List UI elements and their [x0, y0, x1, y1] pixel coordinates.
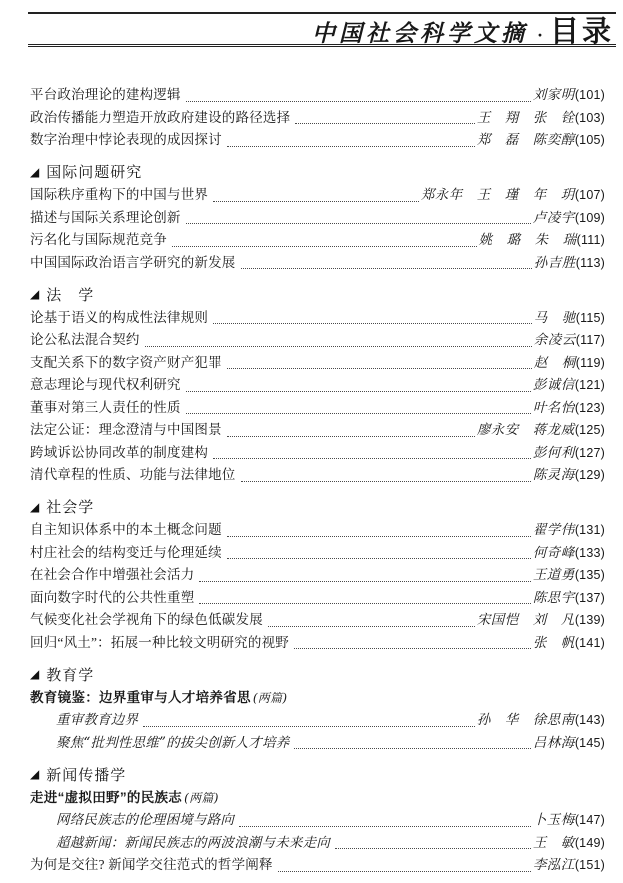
entry-authors: 何奇峰: [533, 541, 575, 561]
section-title: 教育学: [46, 664, 94, 685]
entry-authors: 宋国恺 刘 凡: [477, 608, 575, 628]
dotted-leader: [186, 413, 531, 414]
dotted-leader: [227, 536, 531, 537]
entry-page-number: (129): [575, 468, 605, 482]
entry-authors: 吕林海: [533, 731, 575, 751]
toc-entry: 为何是交往? 新闻学交往范式的哲学阐释李泓江(151): [30, 853, 605, 876]
toc-entry: 支配关系下的数字资产财产犯罪赵 桐(119): [30, 351, 605, 374]
entry-page-number: (123): [575, 401, 605, 415]
entry-page-number: (113): [576, 256, 605, 270]
entry-page-number: (149): [575, 836, 605, 850]
dotted-leader: [239, 826, 531, 827]
dotted-leader: [268, 626, 475, 627]
entry-authors: 王道勇: [533, 563, 575, 583]
entry-authors: 廖永安 蒋龙威: [477, 418, 575, 438]
entry-page-number: (127): [575, 446, 605, 460]
entry-title: 为何是交往? 新闻学交往范式的哲学阐释: [30, 853, 273, 873]
dotted-leader: [294, 748, 530, 749]
toc-entry: 村庄社会的结构变迁与伦理延续何奇峰(133): [30, 541, 605, 564]
entry-title: 村庄社会的结构变迁与伦理延续: [30, 541, 222, 561]
toc-title: 目录: [550, 18, 614, 47]
triangle-marker-icon: ◢: [30, 166, 39, 178]
triangle-marker-icon: ◢: [30, 288, 39, 300]
toc-entry: 回归“风土”：拓展一种比较文明研究的视野张 帆(141): [30, 631, 605, 654]
section-header: ◢新闻传播学: [30, 763, 605, 786]
toc-section: ◢教育学教育镜鉴：边界重审与人才培养省思(两篇)重审教育边界孙 华 徐思南(14…: [30, 663, 605, 753]
entry-page-number: (121): [575, 378, 605, 392]
dotted-leader: [227, 436, 475, 437]
entry-page-number: (139): [575, 613, 605, 627]
entry-page-number: (103): [575, 111, 605, 125]
entry-authors: 王 敏: [533, 831, 575, 851]
entry-page-number: (137): [575, 591, 605, 605]
entry-page-number: (107): [575, 188, 605, 202]
toc-entry: 网络民族志的伦理困境与路向卜玉梅(147): [30, 808, 605, 831]
entry-authors: 彭何利: [533, 441, 575, 461]
section-title: 社会学: [46, 496, 94, 517]
toc-entry: 论公私法混合契约余凌云(117): [30, 328, 605, 351]
entry-authors: 叶名怡: [533, 396, 575, 416]
entry-authors: 翟学伟: [533, 518, 575, 538]
entry-authors: 余凌云: [534, 328, 576, 348]
entry-title: 跨域诉讼协同改革的制度建构: [30, 441, 208, 461]
toc-entry: 政治传播能力塑造开放政府建设的路径选择王 翔 张 铨(103): [30, 106, 605, 129]
toc-section: ◢法 学论基于语义的构成性法律规则马 驰(115)论公私法混合契约余凌云(117…: [30, 283, 605, 486]
dotted-leader: [241, 268, 532, 269]
triangle-marker-icon: ◢: [30, 768, 39, 780]
toc-entry: 聚焦“批判性思维”的拔尖创新人才培养吕林海(145): [30, 731, 605, 754]
entry-page-number: (111): [577, 233, 605, 247]
triangle-marker-icon: ◢: [30, 668, 39, 680]
toc-section: 平台政治理论的建构逻辑刘家明(101)政治传播能力塑造开放政府建设的路径选择王 …: [30, 83, 605, 151]
topic-group-heading: 走进“虚拟田野”的民族志(两篇): [30, 786, 605, 809]
entry-title: 论基于语义的构成性法律规则: [30, 306, 208, 326]
toc-entry: 污名化与国际规范竞争姚 璐 朱 瑞(111): [30, 228, 605, 251]
entry-title: 重审教育边界: [56, 708, 138, 728]
toc-entry: 论基于语义的构成性法律规则马 驰(115): [30, 306, 605, 329]
entry-authors: 赵 桐: [534, 351, 576, 371]
section-title: 法 学: [46, 284, 94, 305]
toc-entry: 平台政治理论的建构逻辑刘家明(101): [30, 83, 605, 106]
entry-title: 气候变化社会学视角下的绿色低碳发展: [30, 608, 263, 628]
entry-page-number: (117): [576, 333, 605, 347]
entry-page-number: (105): [575, 133, 605, 147]
journal-title: 中国社会科学文摘: [312, 15, 528, 48]
dotted-leader: [186, 391, 531, 392]
toc-section: ◢国际问题研究国际秩序重构下的中国与世界郑永年 王 瑾 年 玥(107)描述与国…: [30, 161, 605, 274]
entry-authors: 王 翔 张 铨: [477, 106, 575, 126]
journal-masthead: 中国社会科学文摘 · 目录: [28, 12, 616, 47]
entry-title: 超越新闻：新闻民族志的两波浪潮与未来走向: [56, 831, 330, 851]
section-title: 新闻传播学: [46, 764, 126, 785]
triangle-marker-icon: ◢: [30, 501, 39, 513]
section-header: ◢法 学: [30, 283, 605, 306]
entry-title: 回归“风土”：拓展一种比较文明研究的视野: [30, 631, 289, 651]
entry-page-number: (115): [576, 311, 605, 325]
section-title: 国际问题研究: [46, 161, 142, 182]
dotted-leader: [227, 558, 531, 559]
dotted-leader: [294, 648, 531, 649]
entry-title: 网络民族志的伦理困境与路向: [56, 808, 234, 828]
entry-authors: 孙 华 徐思南: [477, 708, 575, 728]
topic-group-note: (两篇): [253, 689, 288, 706]
middot-separator: ·: [537, 25, 543, 46]
entry-title: 论公私法混合契约: [30, 328, 140, 348]
toc-entry: 国际秩序重构下的中国与世界郑永年 王 瑾 年 玥(107): [30, 183, 605, 206]
entry-title: 清代章程的性质、功能与法律地位: [30, 463, 236, 483]
dotted-leader: [295, 123, 475, 124]
toc-entry: 数字治理中悖论表现的成因探讨郑 磊 陈奕醇(105): [30, 128, 605, 151]
dotted-leader: [213, 201, 419, 202]
entry-title: 支配关系下的数字资产财产犯罪: [30, 351, 222, 371]
section-header: ◢教育学: [30, 663, 605, 686]
entry-title: 董事对第三人责任的性质: [30, 396, 181, 416]
dotted-leader: [172, 246, 477, 247]
entry-page-number: (133): [575, 546, 605, 560]
entry-page-number: (141): [575, 636, 605, 650]
toc-content: 平台政治理论的建构逻辑刘家明(101)政治传播能力塑造开放政府建设的路径选择王 …: [30, 83, 605, 876]
toc-entry: 在社会合作中增强社会活力王道勇(135): [30, 563, 605, 586]
toc-section: ◢新闻传播学走进“虚拟田野”的民族志(两篇)网络民族志的伦理困境与路向卜玉梅(1…: [30, 763, 605, 876]
entry-title: 面向数字时代的公共性重塑: [30, 586, 194, 606]
entry-title: 描述与国际关系理论创新: [30, 206, 181, 226]
entry-title: 自主知识体系中的本土概念问题: [30, 518, 222, 538]
entry-page-number: (125): [575, 423, 605, 437]
topic-group-title: 教育镜鉴：边界重审与人才培养省思: [30, 686, 251, 706]
toc-entry: 跨域诉讼协同改革的制度建构彭何利(127): [30, 441, 605, 464]
entry-authors: 陈灵海: [533, 463, 575, 483]
section-header: ◢国际问题研究: [30, 161, 605, 184]
topic-group-note: (两篇): [184, 789, 219, 806]
entry-authors: 李泓江: [533, 853, 575, 873]
entry-page-number: (109): [575, 211, 605, 225]
dotted-leader: [186, 101, 531, 102]
entry-authors: 陈思宇: [533, 586, 575, 606]
toc-entry: 意志理论与现代权利研究彭诚信(121): [30, 373, 605, 396]
entry-title: 法定公证：理念澄清与中国图景: [30, 418, 222, 438]
toc-entry: 重审教育边界孙 华 徐思南(143): [30, 708, 605, 731]
entry-authors: 郑永年 王 瑾 年 玥: [421, 183, 575, 203]
entry-authors: 卜玉梅: [533, 808, 575, 828]
entry-title: 意志理论与现代权利研究: [30, 373, 181, 393]
journal-toc-page: { "header": { "journal_title": "中国社会科学文摘…: [0, 0, 623, 883]
entry-page-number: (151): [575, 858, 605, 872]
dotted-leader: [335, 848, 531, 849]
entry-page-number: (135): [575, 568, 605, 582]
toc-entry: 法定公证：理念澄清与中国图景廖永安 蒋龙威(125): [30, 418, 605, 441]
dotted-leader: [227, 146, 475, 147]
dotted-leader: [213, 323, 532, 324]
dotted-leader: [213, 458, 531, 459]
entry-authors: 孙吉胜: [534, 251, 576, 271]
entry-page-number: (131): [575, 523, 605, 537]
toc-entry: 超越新闻：新闻民族志的两波浪潮与未来走向王 敏(149): [30, 831, 605, 854]
entry-page-number: (143): [575, 713, 605, 727]
entry-title: 在社会合作中增强社会活力: [30, 563, 194, 583]
entry-title: 平台政治理论的建构逻辑: [30, 83, 181, 103]
entry-authors: 卢凌宇: [533, 206, 575, 226]
toc-entry: 董事对第三人责任的性质叶名怡(123): [30, 396, 605, 419]
entry-page-number: (145): [575, 736, 605, 750]
topic-group-title: 走进“虚拟田野”的民族志: [30, 786, 182, 806]
entry-authors: 姚 璐 朱 瑞: [479, 228, 577, 248]
toc-entry: 气候变化社会学视角下的绿色低碳发展宋国恺 刘 凡(139): [30, 608, 605, 631]
entry-page-number: (147): [575, 813, 605, 827]
toc-entry: 清代章程的性质、功能与法律地位陈灵海(129): [30, 463, 605, 486]
entry-title: 污名化与国际规范竞争: [30, 228, 167, 248]
entry-title: 数字治理中悖论表现的成因探讨: [30, 128, 222, 148]
dotted-leader: [143, 726, 475, 727]
dotted-leader: [186, 223, 531, 224]
entry-authors: 马 驰: [534, 306, 576, 326]
toc-entry: 中国国际政治语言学研究的新发展孙吉胜(113): [30, 251, 605, 274]
entry-title: 政治传播能力塑造开放政府建设的路径选择: [30, 106, 290, 126]
toc-section: ◢社会学自主知识体系中的本土概念问题翟学伟(131)村庄社会的结构变迁与伦理延续…: [30, 496, 605, 654]
toc-entry: 自主知识体系中的本土概念问题翟学伟(131): [30, 518, 605, 541]
entry-title: 国际秩序重构下的中国与世界: [30, 183, 208, 203]
section-header: ◢社会学: [30, 496, 605, 519]
dotted-leader: [227, 368, 532, 369]
dotted-leader: [199, 581, 530, 582]
dotted-leader: [241, 481, 531, 482]
entry-authors: 张 帆: [533, 631, 575, 651]
entry-page-number: (101): [575, 88, 605, 102]
entry-authors: 刘家明: [533, 83, 575, 103]
toc-entry: 面向数字时代的公共性重塑陈思宇(137): [30, 586, 605, 609]
entry-title: 中国国际政治语言学研究的新发展: [30, 251, 236, 271]
entry-title: 聚焦“批判性思维”的拔尖创新人才培养: [56, 731, 289, 751]
entry-page-number: (119): [576, 356, 605, 370]
entry-authors: 彭诚信: [533, 373, 575, 393]
topic-group-heading: 教育镜鉴：边界重审与人才培养省思(两篇): [30, 686, 605, 709]
dotted-leader: [199, 603, 530, 604]
entry-authors: 郑 磊 陈奕醇: [477, 128, 575, 148]
dotted-leader: [145, 346, 532, 347]
dotted-leader: [278, 871, 531, 872]
toc-entry: 描述与国际关系理论创新卢凌宇(109): [30, 206, 605, 229]
